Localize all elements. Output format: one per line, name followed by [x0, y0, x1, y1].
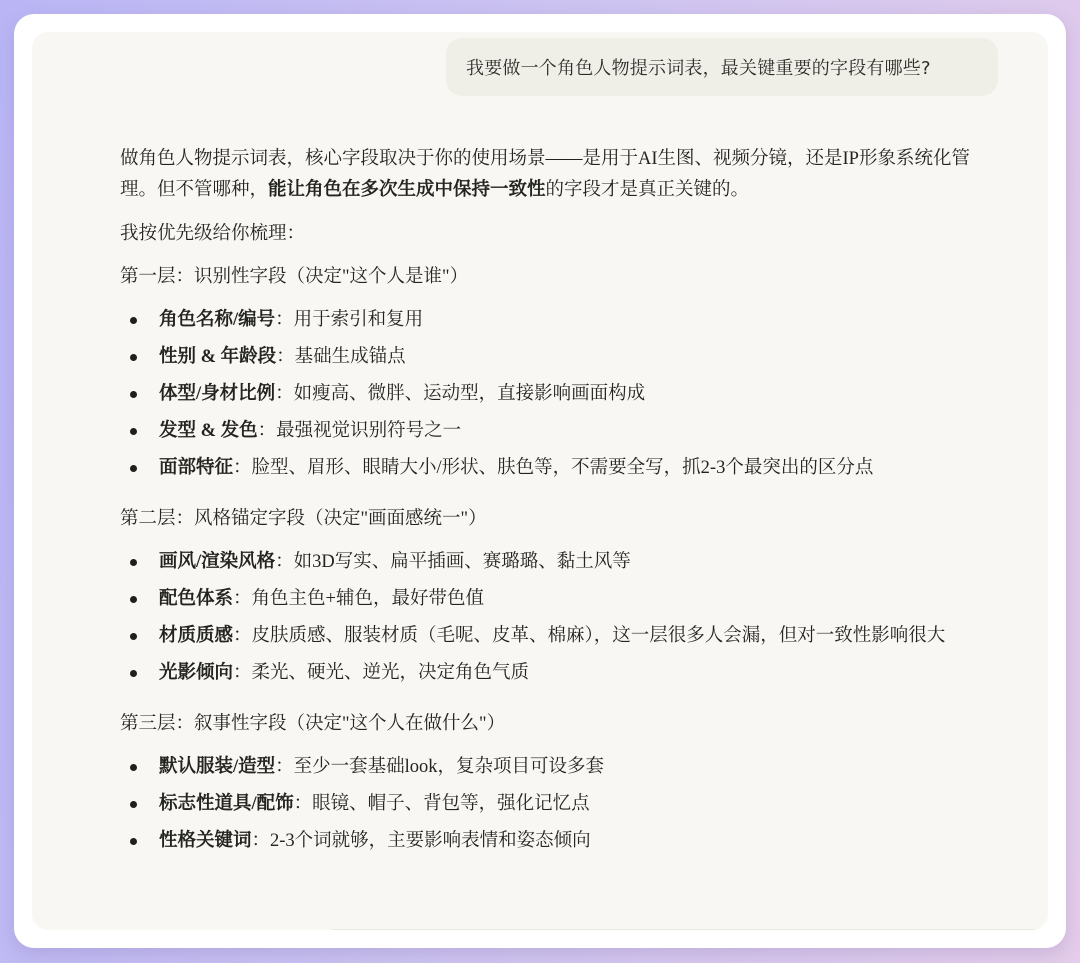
item-label: 默认服装/造型: [159, 757, 275, 777]
item-text: ：至少一套基础look，复杂项目可设多套: [275, 757, 604, 777]
item-text: ：如瘦高、微胖、运动型，直接影响画面构成: [275, 384, 645, 404]
intro-paragraph: 做角色人物提示词表，核心字段取决于你的使用场景——是用于AI生图、视频分镜，还是…: [120, 144, 990, 206]
bullet-icon: [130, 428, 137, 435]
section-heading-2: 第二层：风格锚定字段（决定"画面感统一"）: [120, 504, 990, 535]
intro-text-end: 的字段才是真正关键的。: [546, 180, 750, 200]
section-list-2: 画风/渲染风格：如3D写实、扁平插画、赛璐璐、黏土风等 配色体系：角色主色+辅色…: [120, 547, 990, 689]
item-text: ：如3D写实、扁平插画、赛璐璐、黏土风等: [275, 552, 631, 572]
list-item: 性格关键词：2-3个词就够，主要影响表情和姿态倾向: [120, 826, 990, 857]
item-text: ：最强视觉识别符号之一: [258, 421, 462, 441]
list-item: 配色体系：角色主色+辅色，最好带色值: [120, 584, 990, 615]
bullet-icon: [130, 764, 137, 771]
list-item: 性别 & 年龄段：基础生成锚点: [120, 342, 990, 373]
section-list-1: 角色名称/编号：用于索引和复用 性别 & 年龄段：基础生成锚点 体型/身材比例：…: [120, 305, 990, 484]
item-text: ：皮肤质感、服装材质（毛呢、皮革、棉麻），这一层很多人会漏，但对一致性影响很大: [233, 626, 945, 646]
item-label: 材质质感: [159, 626, 233, 646]
intro-emphasis: 能让角色在多次生成中保持一致性: [268, 180, 546, 200]
app-window: 我要做一个角色人物提示词表，最关键重要的字段有哪些? 做角色人物提示词表，核心字…: [14, 14, 1066, 948]
user-message-text: 我要做一个角色人物提示词表，最关键重要的字段有哪些?: [466, 54, 931, 80]
list-item: 面部特征：脸型、眉形、眼睛大小/形状、肤色等，不需要全写，抓2-3个最突出的区分…: [120, 453, 990, 484]
user-message-bubble: 我要做一个角色人物提示词表，最关键重要的字段有哪些?: [446, 38, 998, 96]
list-item: 体型/身材比例：如瘦高、微胖、运动型，直接影响画面构成: [120, 379, 990, 410]
item-label: 性别 & 年龄段: [159, 347, 276, 367]
list-item: 发型 & 发色：最强视觉识别符号之一: [120, 416, 990, 447]
item-text: ：脸型、眉形、眼睛大小/形状、肤色等，不需要全写，抓2-3个最突出的区分点: [233, 458, 873, 478]
bullet-icon: [130, 465, 137, 472]
bullet-icon: [130, 670, 137, 677]
item-text: ：2-3个词就够，主要影响表情和姿态倾向: [252, 831, 591, 851]
list-item: 角色名称/编号：用于索引和复用: [120, 305, 990, 336]
bullet-icon: [130, 633, 137, 640]
assistant-response: 做角色人物提示词表，核心字段取决于你的使用场景——是用于AI生图、视频分镜，还是…: [120, 144, 990, 877]
section-heading-1: 第一层：识别性字段（决定"这个人是谁"）: [120, 262, 990, 293]
bullet-icon: [130, 391, 137, 398]
item-label: 光影倾向: [159, 663, 233, 683]
item-text: ：柔光、硬光、逆光，决定角色气质: [233, 663, 529, 683]
list-item: 默认服装/造型：至少一套基础look，复杂项目可设多套: [120, 752, 990, 783]
list-item: 标志性道具/配饰：眼镜、帽子、背包等，强化记忆点: [120, 789, 990, 820]
section-list-3: 默认服装/造型：至少一套基础look，复杂项目可设多套 标志性道具/配饰：眼镜、…: [120, 752, 990, 857]
item-text: ：眼镜、帽子、背包等，强化记忆点: [294, 794, 590, 814]
list-item: 材质质感：皮肤质感、服装材质（毛呢、皮革、棉麻），这一层很多人会漏，但对一致性影…: [120, 621, 990, 652]
item-label: 性格关键词: [159, 831, 252, 851]
chat-conversation[interactable]: 我要做一个角色人物提示词表，最关键重要的字段有哪些? 做角色人物提示词表，核心字…: [32, 32, 1048, 930]
item-label: 面部特征: [159, 458, 233, 478]
list-item: 光影倾向：柔光、硬光、逆光，决定角色气质: [120, 658, 990, 689]
bullet-icon: [130, 801, 137, 808]
bullet-icon: [130, 317, 137, 324]
item-label: 标志性道具/配饰: [159, 794, 294, 814]
item-text: ：用于索引和复用: [275, 310, 423, 330]
item-label: 体型/身材比例: [159, 384, 275, 404]
bullet-icon: [130, 838, 137, 845]
item-text: ：角色主色+辅色，最好带色值: [233, 589, 484, 609]
section-heading-3: 第三层：叙事性字段（决定"这个人在做什么"）: [120, 709, 990, 740]
item-label: 角色名称/编号: [159, 310, 275, 330]
item-text: ：基础生成锚点: [276, 347, 406, 367]
list-item: 画风/渲染风格：如3D写实、扁平插画、赛璐璐、黏土风等: [120, 547, 990, 578]
bullet-icon: [130, 559, 137, 566]
item-label: 配色体系: [159, 589, 233, 609]
bullet-icon: [130, 596, 137, 603]
lead-text: 我按优先级给你梳理：: [120, 219, 990, 250]
item-label: 发型 & 发色: [159, 421, 258, 441]
divider: [332, 929, 1048, 930]
bullet-icon: [130, 354, 137, 361]
item-label: 画风/渲染风格: [159, 552, 275, 572]
